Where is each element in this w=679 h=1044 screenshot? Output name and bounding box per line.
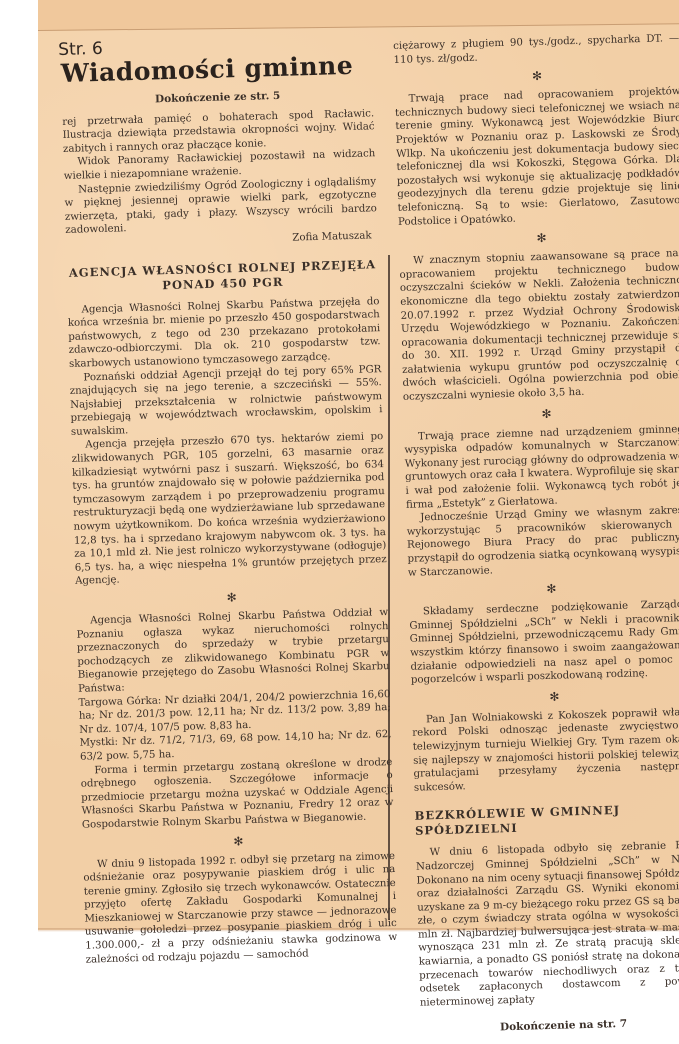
separator-star-icon: ✻ — [75, 586, 387, 609]
coop-headline: BEZKRÓLEWIE W GMINNEJ SPÓŁDZIELNI — [414, 801, 679, 839]
notice-paragraph: Forma i termin przetargu zostaną określo… — [80, 756, 394, 833]
coop-paragraph: W dniu 6 listopada odbyło się zebranie R… — [416, 839, 679, 960]
left-column: Str. 6 Wiadomości gminne Dokończenie ze … — [60, 31, 398, 960]
notice-paragraph: Agencja Własności Rolnej Skarbu Państwa … — [76, 606, 390, 696]
landfill-paragraph: Trwają prace ziemne nad urządzeniem gmin… — [404, 423, 679, 513]
sewage-paragraph: W znacznym stopniu zaawansowane są prace… — [399, 247, 679, 404]
separator-star-icon: ✻ — [403, 403, 679, 425]
article-paragraph: Agencja Własności Rolnej Skarbu Państwa … — [67, 295, 381, 372]
separator-star-icon: ✻ — [82, 829, 394, 852]
article-headline: AGENCJA WŁASNOŚCI ROLNEJ PRZEJĘŁA PONAD … — [66, 257, 379, 296]
right-column: ciężarowy z pługiem 90 tys./godz., spych… — [393, 32, 679, 960]
separator-star-icon: ✻ — [408, 578, 679, 600]
record-paragraph: Pan Jan Wolniakowski z Kokoszek poprawił… — [412, 706, 679, 796]
landfill-paragraph: Jednocześnie Urząd Gminy we własnym zakr… — [406, 504, 679, 580]
continued-from-note: Dokończenie ze str. 5 — [62, 87, 374, 109]
separator-star-icon: ✻ — [411, 686, 679, 708]
article-paragraph: Poznański oddział Agencji przejął do tej… — [69, 363, 383, 440]
tender-paragraph: W dniu 9 listopada 1992 r. odbył się prz… — [83, 849, 398, 960]
thanks-paragraph: Składamy serdeczne podziękowanie Zarządo… — [409, 598, 679, 688]
section-title: Wiadomości gminne — [61, 51, 374, 88]
separator-star-icon: ✻ — [394, 65, 679, 87]
telephone-paragraph: Trwają prace nad opracowaniem projektów … — [394, 85, 679, 229]
folded-top-edge — [38, 0, 679, 31]
separator-star-icon: ✻ — [398, 227, 679, 249]
article-paragraph: Agencja przejęła przeszło 670 tys. hekta… — [71, 431, 387, 589]
intro-paragraph: Następnie zwiedziliśmy Ogród Zoologiczny… — [64, 175, 377, 238]
